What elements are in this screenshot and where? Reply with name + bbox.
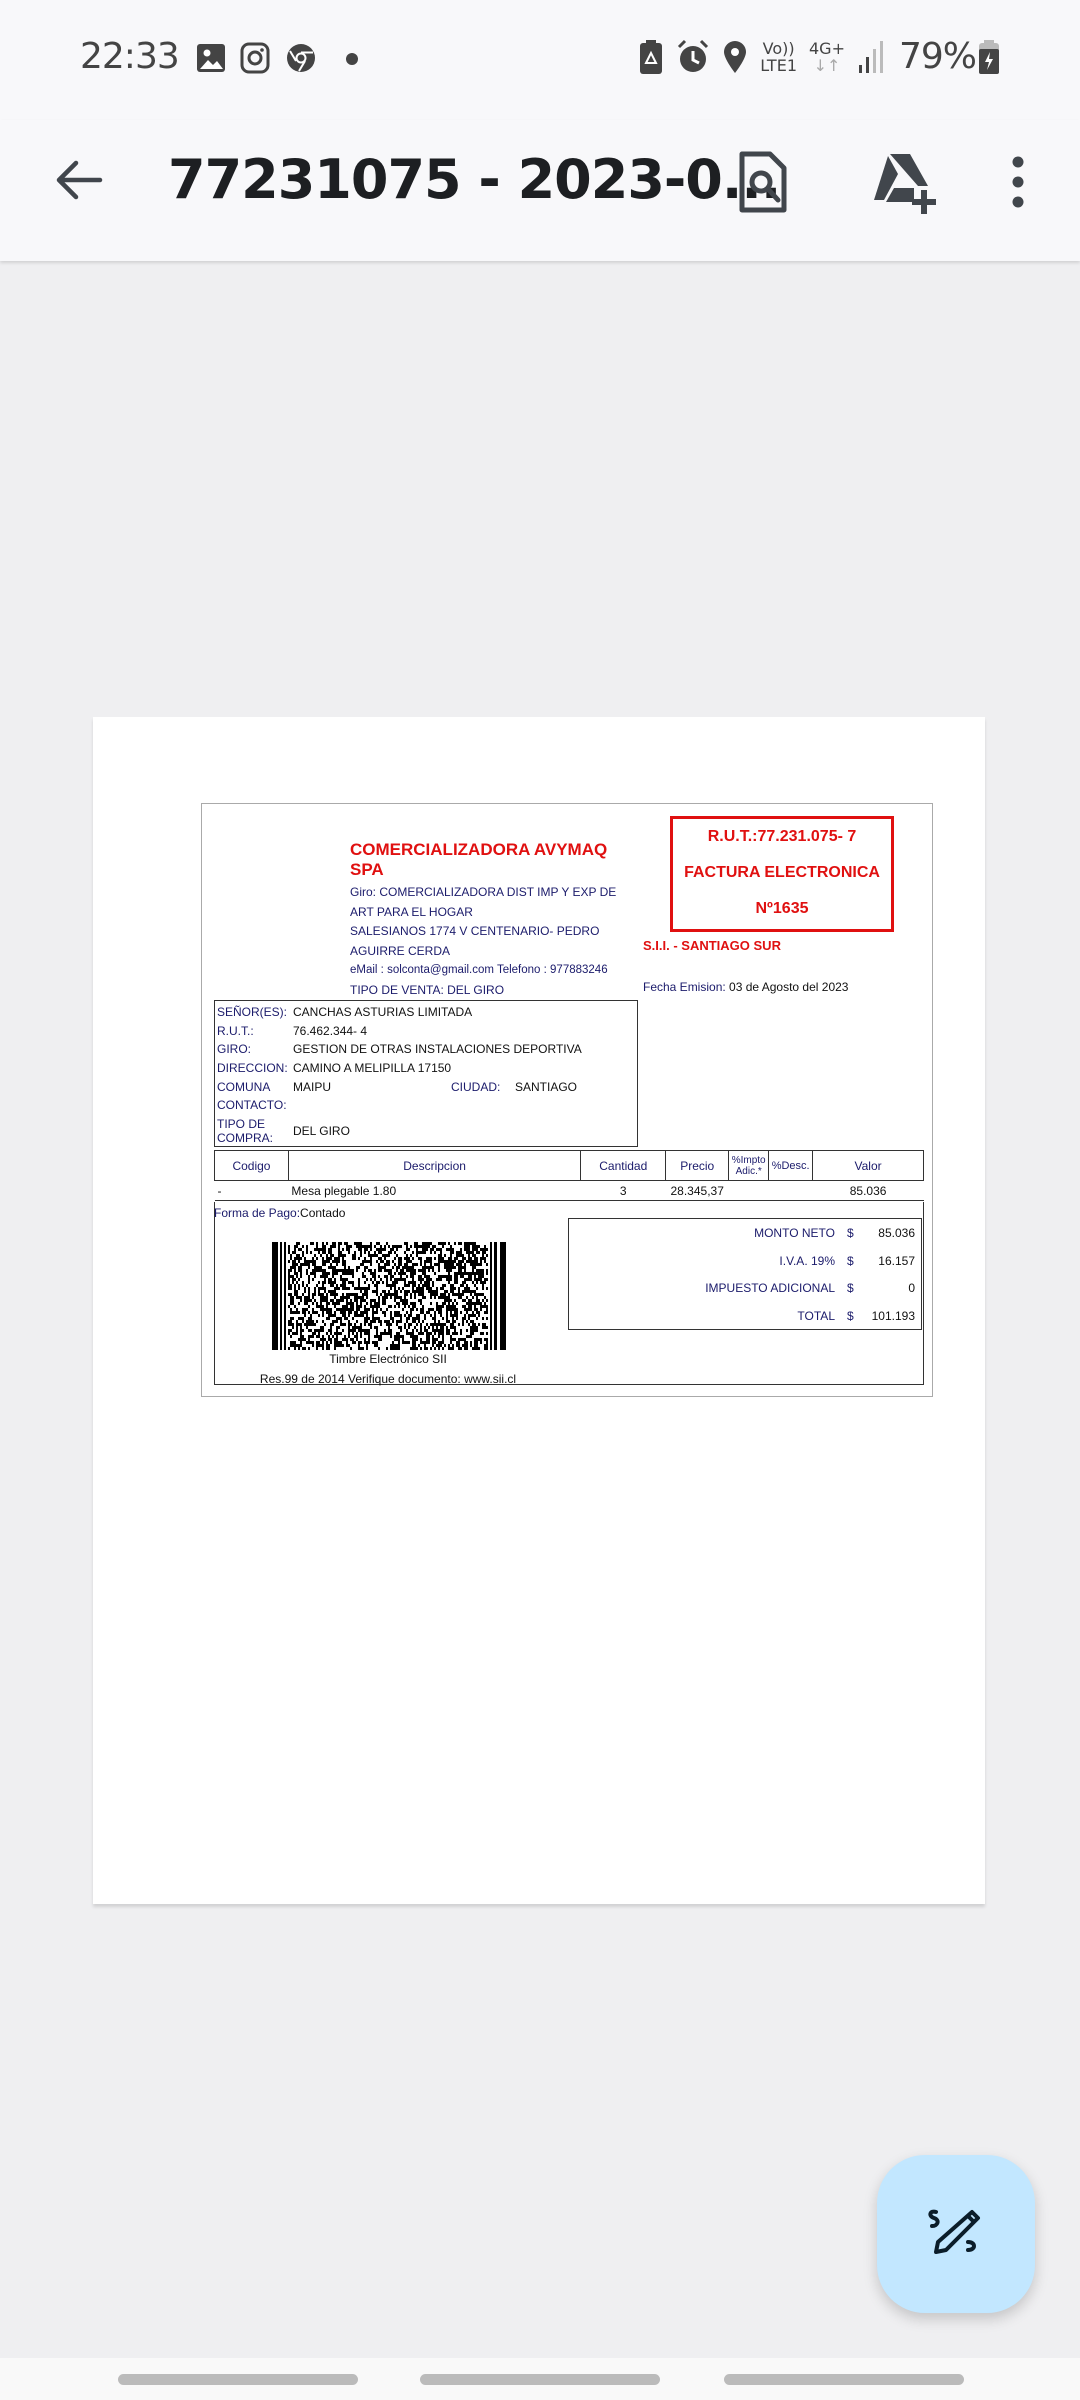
col-cantidad: Cantidad xyxy=(581,1151,666,1181)
issuer-giro: Giro: COMERCIALIZADORA DIST IMP Y EXP DE xyxy=(350,883,630,903)
issue-date: Fecha Emision: 03 de Agosto del 2023 xyxy=(643,980,848,994)
customer-name-row: SEÑOR(ES):CANCHAS ASTURIAS LIMITADA xyxy=(217,1003,637,1022)
invoice-number: Nº1635 xyxy=(673,891,891,927)
total-row-total: TOTAL$101.193 xyxy=(569,1303,921,1331)
items-header-row: Codigo Descripcion Cantidad Precio %Impt… xyxy=(215,1151,924,1181)
issuer-block: COMERCIALIZADORA AVYMAQ SPA Giro: COMERC… xyxy=(350,840,630,1000)
status-bar: 22:33 Vo)) LTE1 4G+ ↓↑ 79% xyxy=(0,0,1080,120)
table-row: - Mesa plegable 1.80 3 28.345,37 85.036 xyxy=(215,1181,924,1201)
find-in-document-button[interactable] xyxy=(728,142,798,222)
invoice-document: COMERCIALIZADORA AVYMAQ SPA Giro: COMERC… xyxy=(201,803,933,1397)
customer-block: SEÑOR(ES):CANCHAS ASTURIAS LIMITADA R.U.… xyxy=(214,1000,638,1147)
gallery-icon xyxy=(196,42,226,74)
document-type: FACTURA ELECTRONICA xyxy=(673,855,891,891)
resolution-label: Res.99 de 2014 Verifique documento: www.… xyxy=(202,1372,574,1386)
customer-purchase-type-row: TIPO DECOMPRA:DEL GIRO xyxy=(217,1115,637,1147)
issuer-giro-cont: ART PARA EL HOGAR xyxy=(350,903,630,923)
app-bar: 77231075 - 2023-0... xyxy=(0,120,1080,261)
payment-method: Forma de Pago:Contado xyxy=(214,1206,345,1220)
col-desc: %Desc. xyxy=(769,1151,813,1181)
rut-box: R.U.T.:77.231.075- 7 FACTURA ELECTRONICA… xyxy=(670,816,894,932)
customer-giro-row: GIRO:GESTION DE OTRAS INSTALACIONES DEPO… xyxy=(217,1040,637,1059)
add-to-drive-button[interactable] xyxy=(862,142,942,222)
customer-contact-row: CONTACTO: xyxy=(217,1096,637,1115)
total-row-impuesto: IMPUESTO ADICIONAL$0 xyxy=(569,1275,921,1303)
stamp-label: Timbre Electrónico SII xyxy=(202,1352,574,1366)
annotate-fab[interactable] xyxy=(877,2155,1035,2313)
totals-box: MONTO NETO$85.036 I.V.A. 19%$16.157 IMPU… xyxy=(568,1218,922,1330)
sii-office: S.I.I. - SANTIAGO SUR xyxy=(643,938,781,953)
battery-saver-icon xyxy=(638,39,664,75)
status-icons: Vo)) LTE1 4G+ ↓↑ 79% xyxy=(638,36,1000,77)
customer-comuna-row: COMUNAMAIPUCIUDAD:SANTIAGO xyxy=(217,1078,637,1097)
electronic-stamp-barcode xyxy=(272,1242,506,1350)
nav-recents-button[interactable] xyxy=(118,2374,358,2385)
customer-rut-row: R.U.T.:76.462.344- 4 xyxy=(217,1022,637,1041)
location-icon xyxy=(722,39,748,75)
col-impto: %ImptoAdic.* xyxy=(729,1151,769,1181)
total-row-neto: MONTO NETO$85.036 xyxy=(569,1220,921,1248)
alarm-icon xyxy=(676,39,710,75)
signal-icon xyxy=(857,39,887,75)
navigation-bar xyxy=(0,2358,1080,2400)
nav-back-button[interactable] xyxy=(724,2374,964,2385)
draw-annotate-icon xyxy=(926,2204,986,2264)
dot-icon xyxy=(342,42,372,74)
issuer-tipo-venta: TIPO DE VENTA: DEL GIRO xyxy=(350,981,630,1001)
col-codigo: Codigo xyxy=(215,1151,289,1181)
4g-plus-icon: 4G+ ↓↑ xyxy=(809,40,845,74)
back-button[interactable] xyxy=(50,150,110,210)
pdf-page[interactable]: COMERCIALIZADORA AVYMAQ SPA Giro: COMERC… xyxy=(93,717,985,1904)
battery-charging-icon xyxy=(978,39,1000,75)
customer-address-row: DIRECCION:CAMINO A MELIPILLA 17150 xyxy=(217,1059,637,1078)
issuer-contact: eMail : solconta@gmail.com Telefono : 97… xyxy=(350,961,630,981)
nav-home-button[interactable] xyxy=(420,2374,660,2385)
issuer-address: SALESIANOS 1774 V CENTENARIO- PEDRO xyxy=(350,922,630,942)
issuer-name: COMERCIALIZADORA AVYMAQ SPA xyxy=(350,840,630,880)
items-table: Codigo Descripcion Cantidad Precio %Impt… xyxy=(214,1150,924,1201)
col-valor: Valor xyxy=(813,1151,924,1181)
battery-percent: 79% xyxy=(899,36,976,77)
chrome-icon xyxy=(286,42,316,74)
instagram-icon xyxy=(240,42,270,74)
issuer-rut: R.U.T.:77.231.075- 7 xyxy=(673,819,891,855)
more-options-button[interactable] xyxy=(984,142,1034,222)
volte-icon: Vo)) LTE1 xyxy=(760,40,797,74)
col-descripcion: Descripcion xyxy=(288,1151,580,1181)
col-precio: Precio xyxy=(666,1151,729,1181)
clock: 22:33 xyxy=(80,36,179,77)
issuer-address-cont: AGUIRRE CERDA xyxy=(350,942,630,962)
total-row-iva: I.V.A. 19%$16.157 xyxy=(569,1248,921,1276)
document-title: 77231075 - 2023-0... xyxy=(168,148,780,211)
